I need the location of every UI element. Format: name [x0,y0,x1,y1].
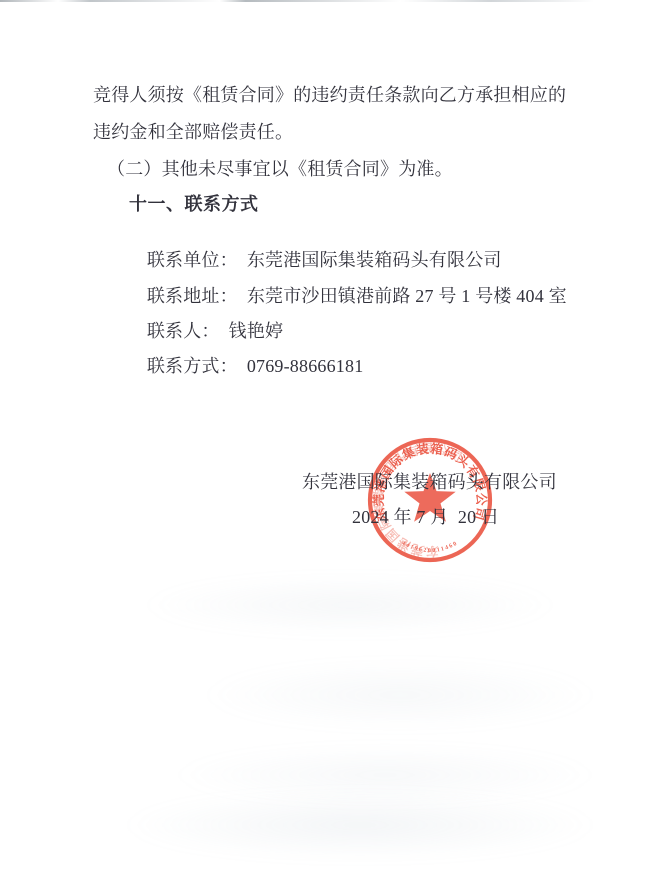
bleedthrough-artifact [200,660,600,730]
section-heading-contact: 十一、联系方式 [129,193,259,215]
signature-date: 2024 年 7 月 20 日 [352,506,499,528]
scan-edge-artifact [0,0,646,2]
document-page: 竞得人须按《租赁合同》的违约责任条款向乙方承担相应的 违约金和全部赔偿责任。 （… [0,0,646,888]
bleedthrough-artifact [170,745,600,805]
paragraph-other-matters: （二）其他未尽事宜以《租赁合同》为准。 [107,158,453,180]
paragraph-breach-line1: 竞得人须按《租赁合同》的违约责任条款向乙方承担相应的 [93,84,566,106]
contact-phone-label: 联系方式： [147,356,238,376]
paragraph-breach-line2: 违约金和全部赔偿责任。 [93,121,293,143]
signature-company-name: 东莞港国际集装箱码头有限公司 [302,471,557,493]
contact-address-value: 东莞市沙田镇港前路 27 号 1 号楼 404 室 [247,286,567,306]
contact-phone-row: 联系方式：0769-88666181 [128,333,363,399]
bleedthrough-artifact [140,575,560,635]
bleedthrough-artifact [120,790,600,860]
company-seal-stamp: 东莞港国际集装箱码头有限公司 东莞港国际集装箱码头有限公司 4419620011… [363,433,497,567]
contact-phone-value: 0769-88666181 [247,356,364,376]
